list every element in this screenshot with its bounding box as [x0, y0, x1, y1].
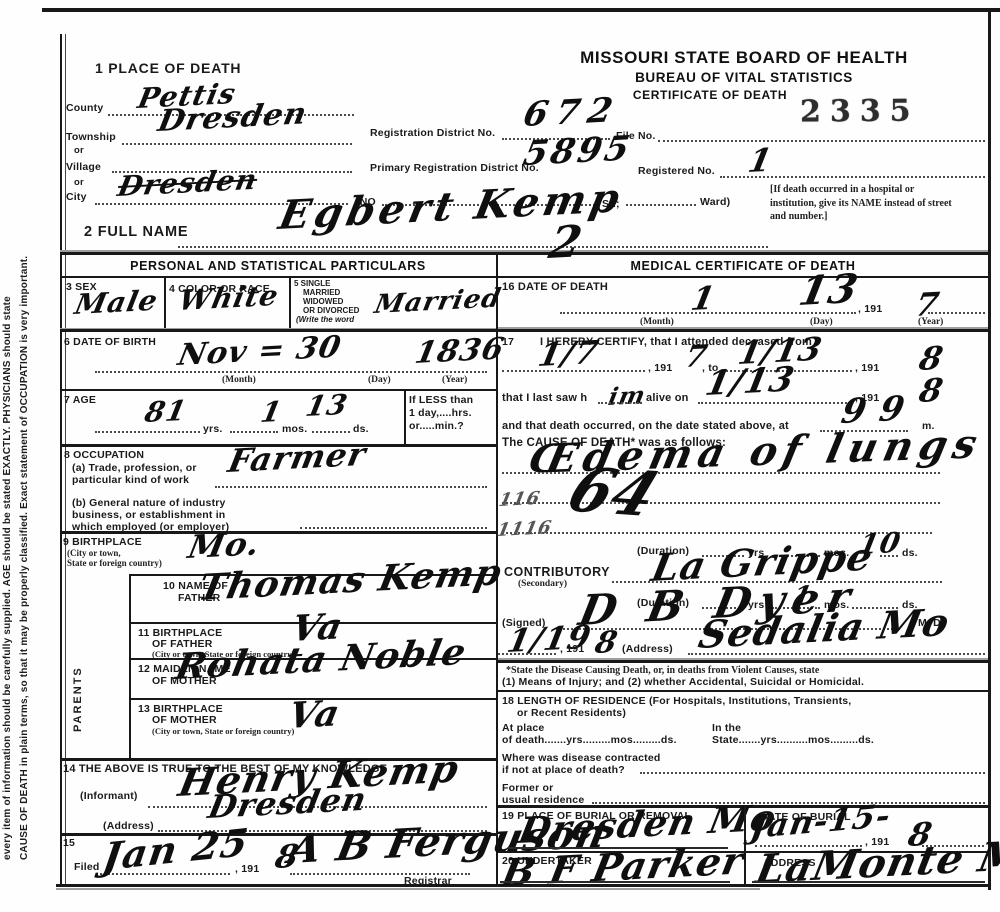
- age-line-2: [230, 431, 278, 433]
- attended-to-191: , 191: [855, 362, 879, 374]
- top-border: [42, 8, 1000, 12]
- certificate-title: CERTIFICATE OF DEATH: [500, 88, 920, 102]
- occupation-a-line1: (a) Trade, profession, or: [72, 462, 197, 474]
- undertaker-address-underline: [752, 881, 985, 883]
- parents-left-divider: [129, 574, 131, 758]
- registered-no-label: Registered No.: [638, 165, 715, 177]
- personal-title-underline: [60, 276, 496, 278]
- former-residence-line1: Former or: [502, 782, 553, 794]
- signed-191: , 191: [560, 643, 584, 655]
- st-line: [626, 204, 696, 206]
- occupation-label: 8 OCCUPATION: [64, 449, 144, 461]
- marginal-scribble-1: 116: [497, 488, 542, 511]
- main-divider: [60, 252, 988, 255]
- footnote-divider: [498, 660, 988, 663]
- marital-label-4: OR DIVORCED: [303, 306, 359, 315]
- registrar-label: Registrar: [404, 875, 452, 887]
- medical-title-underline: [498, 276, 988, 278]
- filed-label: Filed: [74, 861, 100, 873]
- where-contracted-line2: if not at place of death?: [502, 764, 625, 776]
- age-mos-caption: mos.: [282, 423, 307, 435]
- birthplace-sub2: State or foreign country): [67, 558, 162, 568]
- secondary-label: (Secondary): [518, 579, 567, 589]
- mother-birthplace-value: Va: [285, 692, 344, 737]
- at-place-line2: of death.......yrs.........mos.........d…: [502, 734, 677, 746]
- color-value: White: [176, 279, 282, 317]
- birthplace-value: Mo.: [185, 524, 264, 566]
- township-value: Dresden: [155, 96, 310, 139]
- item15-label: 15: [63, 837, 75, 849]
- dob-label: 6 DATE OF BIRTH: [64, 336, 156, 348]
- occupation-a-line: [215, 486, 487, 488]
- margin-instruction-outer: every item of information should be care…: [2, 60, 13, 860]
- primary-district-value: 5895: [520, 128, 636, 174]
- mother-birthplace-label2: OF MOTHER: [152, 714, 217, 726]
- mother-birthplace-label3: (City or town, State or foreign country): [152, 726, 294, 736]
- personal-title: PERSONAL AND STATISTICAL PARTICULARS: [60, 259, 496, 273]
- dob-line: [95, 371, 487, 373]
- less-than-line3: or.....min.?: [409, 420, 464, 432]
- last-saw-value: 1/13: [702, 359, 798, 404]
- right-border: [988, 8, 991, 890]
- birthplace-sub1: (City or town,: [67, 548, 121, 558]
- at-place-line1: At place: [502, 722, 544, 734]
- signed-date-line: [498, 653, 556, 655]
- marital-value: Married: [372, 284, 504, 320]
- dob-year-value: 1836: [412, 331, 507, 371]
- age-line-1: [95, 431, 200, 433]
- county-label: County: [66, 102, 103, 114]
- date-of-death-line: [560, 312, 856, 314]
- age-yrs-caption: yrs.: [203, 423, 222, 435]
- age-line-3: [312, 431, 350, 433]
- filed-191-label: , 191: [235, 863, 259, 875]
- contributory-label: CONTRIBUTORY: [504, 565, 610, 579]
- place-of-death-section-label: 1 PLACE OF DEATH: [95, 60, 241, 76]
- residence-divider: [498, 690, 988, 692]
- informant-address-value: Dresden: [205, 780, 370, 826]
- item17-label: 17: [502, 336, 514, 348]
- marital-label-3: WIDOWED: [303, 297, 343, 306]
- date-of-death-line2: [928, 312, 985, 314]
- age-label: 7 AGE: [64, 394, 96, 406]
- less-than-line2: 1 day,....hrs.: [409, 407, 472, 419]
- footnote-line1: *State the Disease Causing Death, or, in…: [506, 665, 819, 676]
- bureau-title: BUREAU OF VITAL STATISTICS: [500, 70, 988, 85]
- occupation-a-line2: particular kind of work: [72, 474, 189, 486]
- signed-address-label: (Address): [622, 643, 673, 655]
- dob-month-day-value: Nov = 30: [175, 330, 344, 373]
- board-title: MISSOURI STATE BOARD OF HEALTH: [500, 48, 988, 68]
- age-years-value: 81: [142, 394, 190, 429]
- occupation-b-line2: business, or establishment in: [72, 509, 225, 521]
- dob-year-caption: (Year): [442, 375, 467, 385]
- cause-duration-ds: ds.: [902, 547, 918, 559]
- sex-color-divider: [164, 276, 166, 330]
- undertaker-underline: [500, 881, 730, 883]
- marginal-scribble-2: 1116: [495, 517, 554, 541]
- registration-district-label: Registration District No.: [370, 127, 495, 139]
- last-saw-post: alive on: [646, 392, 689, 404]
- dob-month-caption: (Month): [222, 375, 256, 385]
- where-contracted-line1: Where was disease contracted: [502, 752, 661, 764]
- row-a-divider: [60, 329, 496, 332]
- bottom-border-ghost: [56, 888, 760, 890]
- sex-value: Male: [72, 284, 161, 321]
- occupation-b-line: [300, 527, 487, 529]
- in-state-line2: State.......yrs..........mos.........ds.: [712, 734, 874, 746]
- last-saw-line1: [598, 402, 642, 404]
- cause-duration-line3: [880, 555, 898, 557]
- residence-label-line2: or Recent Residents): [517, 707, 626, 719]
- date-of-death-191: , 191: [858, 303, 882, 315]
- less-than-line1: If LESS than: [409, 394, 473, 406]
- birthplace-label: 9 BIRTHPLACE: [63, 536, 142, 548]
- registered-no-value: 1: [745, 141, 776, 180]
- city-value: Dresden: [115, 163, 260, 203]
- informant-label: (Informant): [80, 790, 138, 802]
- parents-label: PARENTS: [72, 612, 84, 732]
- hospital-note: [If death occurred in a hospital or inst…: [770, 183, 955, 224]
- marital-label-2: MARRIED: [303, 288, 340, 297]
- primary-district-label: Primary Registration District No.: [370, 162, 539, 174]
- age-days-value: 13: [303, 388, 351, 423]
- dod-day-caption: (Day): [810, 317, 833, 327]
- cause-line-1: [502, 472, 940, 474]
- file-no-line: [658, 140, 985, 142]
- dob-day-caption: (Day): [368, 375, 391, 385]
- row16-divider: [498, 329, 988, 332]
- city-label: City: [66, 191, 87, 203]
- attended-from-191: , 191: [648, 362, 672, 374]
- row-d-divider: [60, 531, 496, 534]
- medical-title: MEDICAL CERTIFICATE OF DEATH: [498, 259, 988, 273]
- mother-maiden-name-value: Rohata Noble: [172, 631, 470, 688]
- occupation-value: Farmer: [225, 435, 370, 480]
- residence-label-line1: 18 LENGTH OF RESIDENCE (For Hospitals, I…: [502, 695, 851, 707]
- marital-label-1: 5 SINGLE: [294, 279, 330, 288]
- date-of-death-day: 13: [795, 265, 863, 315]
- township-line: [122, 143, 352, 145]
- village-label: Village: [66, 161, 101, 173]
- in-state-line1: In the: [712, 722, 741, 734]
- footnote-line2: (1) Means of Injury; and (2) whether Acc…: [502, 676, 864, 688]
- death-certificate-scan: every item of information should be care…: [0, 0, 1000, 912]
- dod-month-caption: (Month): [640, 317, 674, 327]
- last-saw-hw-mark: im: [606, 380, 649, 411]
- color-marital-divider: [289, 276, 291, 330]
- age-ds-caption: ds.: [353, 423, 369, 435]
- where-contracted-line: [640, 772, 985, 774]
- or-label-1: or: [74, 145, 84, 156]
- or-label-2: or: [74, 177, 84, 188]
- ward-label: Ward): [700, 196, 730, 208]
- margin-instruction-inner: CAUSE OF DEATH in plain terms, so that i…: [19, 60, 30, 860]
- age-subbox-divider: [404, 390, 406, 445]
- marital-label-5: (Write the word: [296, 315, 354, 324]
- date-of-death-label: 16 DATE OF DEATH: [502, 281, 608, 293]
- row-b-divider: [60, 389, 496, 391]
- dod-year-caption: (Year): [918, 317, 943, 327]
- township-label: Township: [66, 131, 116, 143]
- last-saw-pre: that I last saw h: [502, 392, 587, 404]
- occupation-b-line1: (b) General nature of industry: [72, 497, 226, 509]
- attended-from-value: 1/7: [535, 333, 602, 374]
- full-name-line: [178, 246, 768, 248]
- full-name-label: 2 FULL NAME: [84, 224, 188, 240]
